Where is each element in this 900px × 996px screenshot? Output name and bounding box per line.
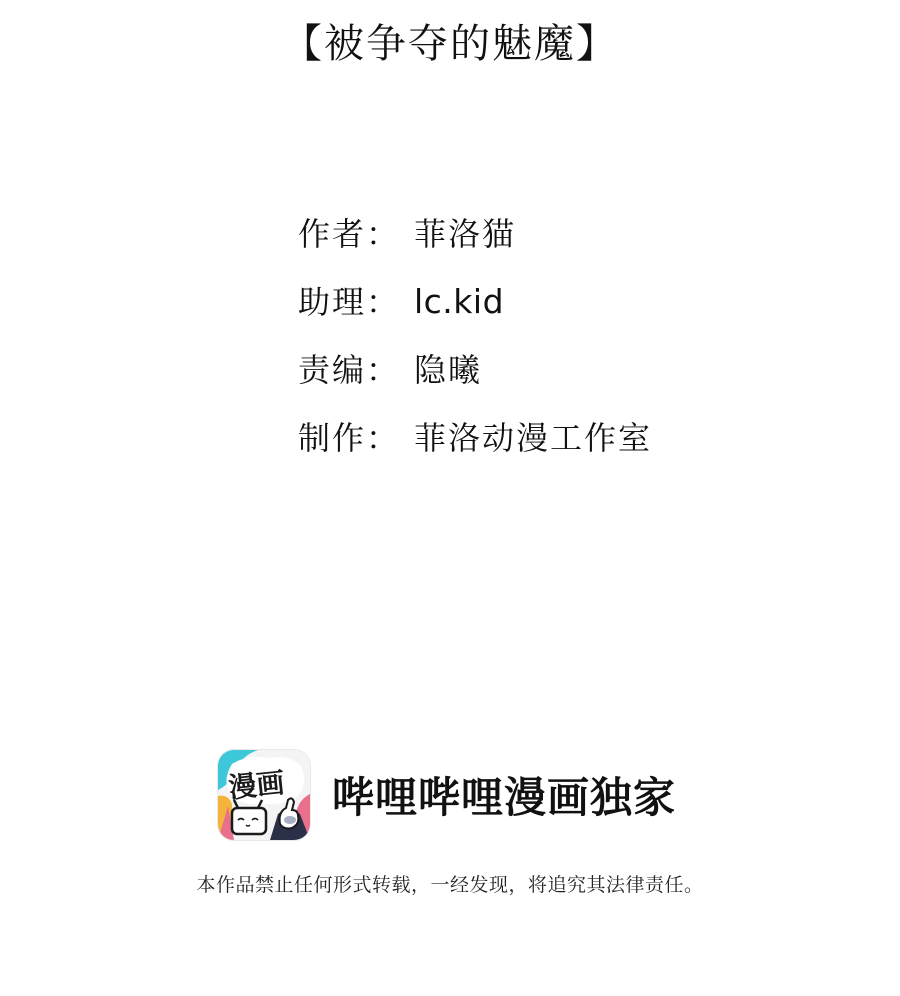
credit-value: lc.kid [414, 278, 504, 326]
brand-exclusive-label: 哔哩哔哩漫画独家 [332, 765, 676, 825]
credit-label: 助理： [298, 278, 414, 326]
credit-label: 作者： [298, 210, 414, 258]
bilibili-comics-app-icon: 漫画 [218, 750, 310, 840]
credit-value: 菲洛猫 [414, 210, 516, 258]
credit-label: 责编： [298, 346, 414, 394]
credit-label: 制作： [298, 414, 414, 462]
copyright-notice: 本作品禁止任何形式转载，一经发现，将追究其法律责任。 [0, 870, 900, 897]
comic-title: 【被争夺的魅魔】 [0, 14, 900, 74]
credit-assistant: 助理： lc.kid [298, 268, 652, 336]
credit-editor: 责编： 隐曦 [298, 336, 652, 404]
credits-list: 作者： 菲洛猫 助理： lc.kid 责编： 隐曦 制作： 菲洛动漫工作室 [298, 200, 652, 472]
credit-production: 制作： 菲洛动漫工作室 [298, 404, 652, 472]
credit-author: 作者： 菲洛猫 [298, 200, 652, 268]
credit-value: 隐曦 [414, 346, 482, 394]
credit-value: 菲洛动漫工作室 [414, 414, 652, 462]
svg-text:漫画: 漫画 [227, 766, 286, 805]
brand-block: 漫画 哔哩哔哩漫画独家 [218, 750, 676, 840]
